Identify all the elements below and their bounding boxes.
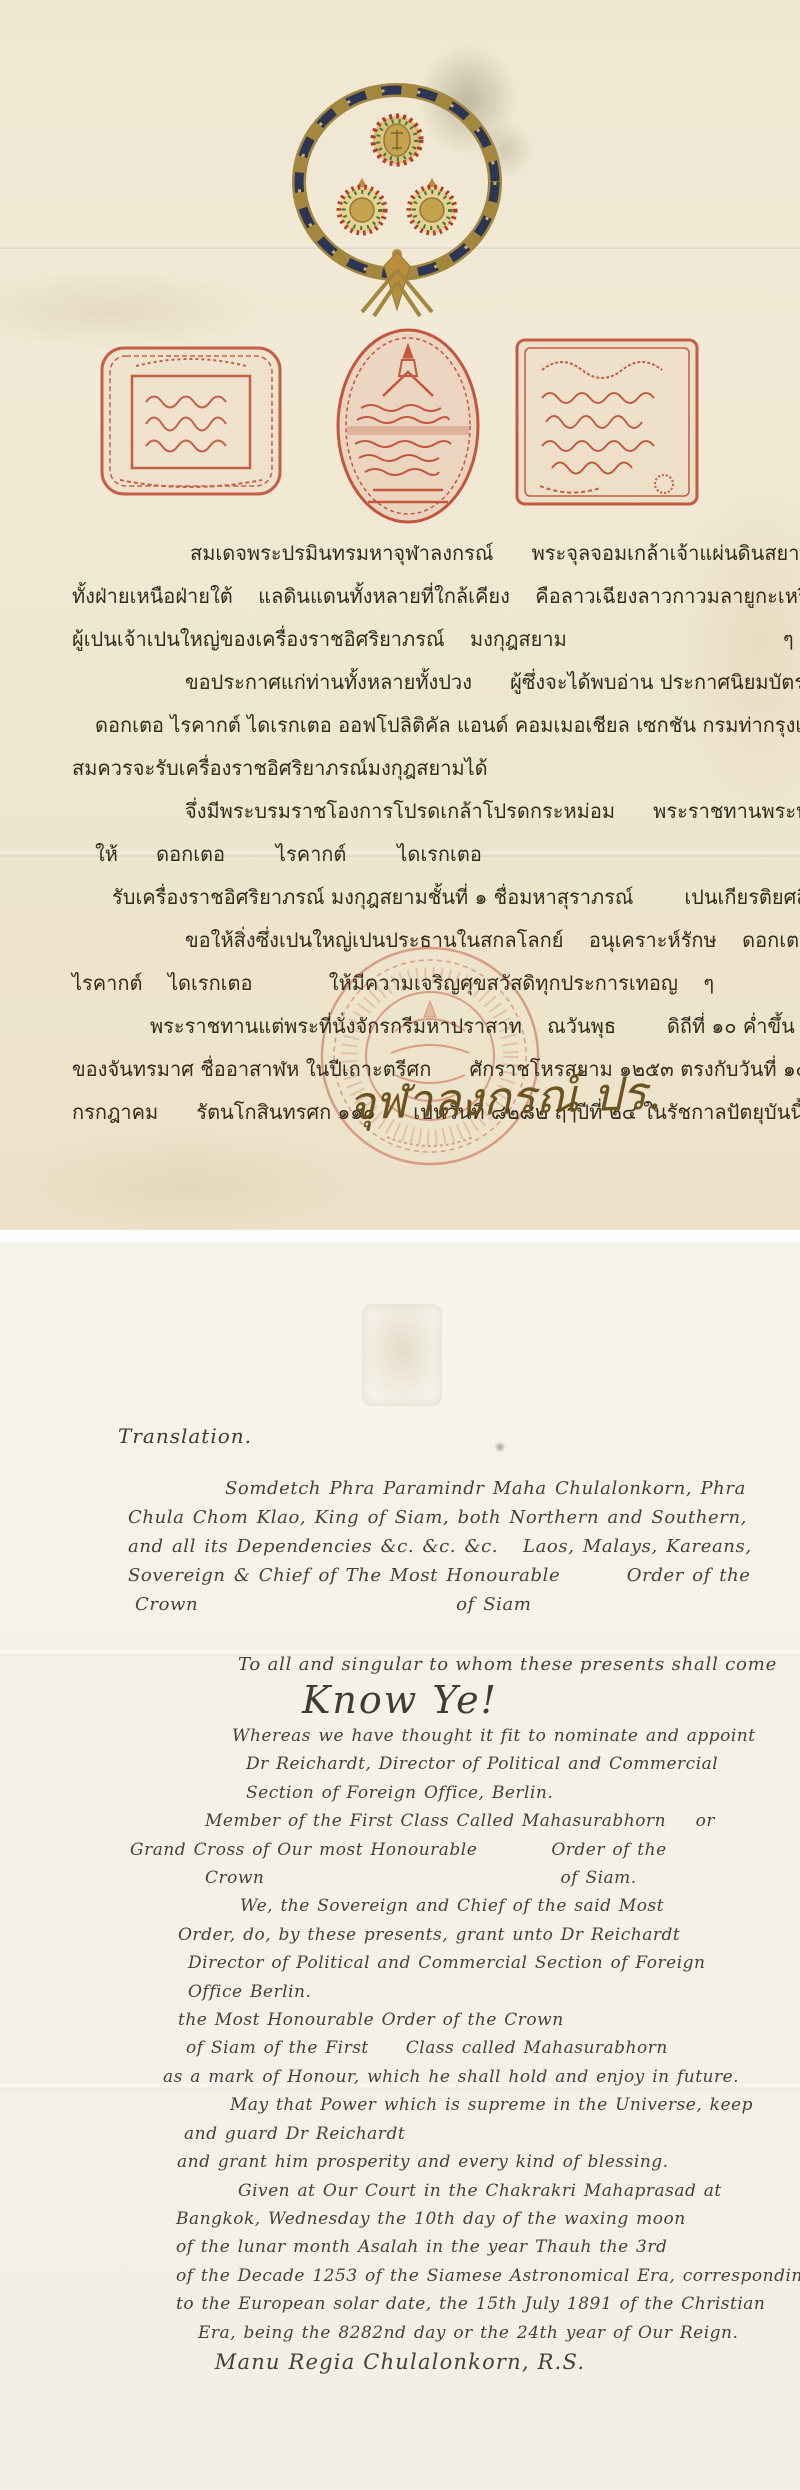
salutation-line: To all and singular to whom these presen…: [0, 1654, 800, 1675]
red-stamp-seal-center: [333, 326, 483, 528]
translation-line: We, the Sovereign and Chief of the said …: [240, 1892, 800, 1920]
translation-line: to the European solar date, the 15th Jul…: [176, 2290, 800, 2318]
thai-line: สมควรจะรับเครื่องราชอิศริยาภรณ์มงกุฎสยาม…: [72, 747, 800, 790]
embossed-seal: [362, 1304, 442, 1406]
translation-line: Chula Chom Klao, King of Siam, both Nort…: [128, 1503, 800, 1532]
translation-line: Grand Cross of Our most Honourable Order…: [130, 1836, 800, 1864]
translation-line: of the Decade 1253 of the Siamese Astron…: [176, 2262, 800, 2290]
translation-label: Translation.: [118, 1424, 252, 1448]
page-divider: [0, 1230, 800, 1242]
translation-line: as a mark of Honour, which he shall hold…: [163, 2063, 800, 2091]
translation-line: Era, being the 8282nd day or the 24th ye…: [198, 2319, 800, 2347]
translation-body: Whereas we have thought it fit to nomina…: [0, 1722, 800, 2347]
translation-line: of Siam of the First Class called Mahasu…: [186, 2034, 800, 2062]
translation-line: Bangkok, Wednesday the 10th day of the w…: [176, 2205, 800, 2233]
translation-line: Sovereign & Chief of The Most Honourable…: [128, 1561, 800, 1590]
translation-line: May that Power which is supreme in the U…: [230, 2091, 800, 2119]
translation-line: To all and singular to whom these presen…: [238, 1654, 800, 1675]
thai-diploma-page: สมเดจพระปรมินทรมหาจุฬาลงกรณ์ พระจุลจอมเก…: [0, 0, 800, 1230]
translation-line: Office Berlin.: [188, 1978, 800, 2006]
know-ye-heading: Know Ye!: [90, 1678, 710, 1722]
thai-line: พระราชทานแต่พระที่นั่งจักรกรีมหาปราสาท ณ…: [150, 1005, 800, 1048]
manu-regia-signature: Manu Regia Chulalonkorn, R.S.: [0, 2350, 800, 2374]
translation-line: and all its Dependencies &c. &c. &c. Lao…: [128, 1532, 800, 1561]
thai-line: ดอกเตอ ไรคากต์ ไดเรกเตอ ออฟโปลิติคัล แอน…: [95, 704, 800, 747]
translation-line: Crown of Siam: [135, 1590, 800, 1619]
translation-line: Dr Reichardt, Director of Political and …: [246, 1750, 800, 1778]
translation-line: Somdetch Phra Paramindr Maha Chulalonkor…: [225, 1474, 800, 1503]
thai-line: ขอประกาศแก่ท่านทั้งหลายทั้งปวง ผู้ซึ่งจะ…: [185, 661, 800, 704]
thai-line: ไรคากต์ ไดเรกเตอ ให้มีความเจริญศุขสวัสดิ…: [72, 962, 800, 1005]
red-stamp-seal-left: [96, 340, 286, 502]
translation-line: Order, do, by these presents, grant unto…: [178, 1921, 800, 1949]
royal-chain-emblem-icon: [288, 82, 506, 317]
thai-line: ทั้งฝ่ายเหนือฝ่ายใต้ แลดินแดนทั้งหลายที่…: [72, 575, 800, 618]
translation-line: Director of Political and Commercial Sec…: [188, 1949, 800, 1977]
translation-line: of the lunar month Asalah in the year Th…: [176, 2233, 800, 2261]
thai-line: ให้ ดอกเตอ ไรคากต์ ไดเรกเตอ: [95, 833, 800, 876]
translation-line: Crown of Siam.: [205, 1864, 800, 1892]
translation-line: and grant him prosperity and every kind …: [177, 2148, 800, 2176]
king-signature: จุฬาลงกรณ์ ปร.: [347, 1057, 663, 1141]
royal-title-block: Somdetch Phra Paramindr Maha Chulalonkor…: [0, 1474, 800, 1619]
translation-line: and guard Dr Reichardt: [184, 2120, 800, 2148]
translation-line: Given at Our Court in the Chakrakri Maha…: [238, 2177, 800, 2205]
thai-line: สมเดจพระปรมินทรมหาจุฬาลงกรณ์ พระจุลจอมเก…: [190, 532, 800, 575]
translation-line: Whereas we have thought it fit to nomina…: [232, 1722, 800, 1750]
thai-line: ผู้เปนเจ้าเปนใหญ่ของเครื่องราชอิศริยาภรณ…: [72, 618, 800, 661]
translation-line: the Most Honourable Order of the Crown: [178, 2006, 800, 2034]
translation-line: Section of Foreign Office, Berlin.: [246, 1779, 800, 1807]
english-translation-page: Translation. Somdetch Phra Paramindr Mah…: [0, 1242, 800, 2490]
thai-line: รับเครื่องราชอิศริยาภรณ์ มงกุฎสยามชั้นที…: [112, 876, 800, 919]
thai-line: จึ่งมีพระบรมราชโองการโปรดเกล้าโปรดกระหม่…: [185, 790, 800, 833]
translation-line: Member of the First Class Called Mahasur…: [205, 1807, 800, 1835]
thai-decree-text: สมเดจพระปรมินทรมหาจุฬาลงกรณ์ พระจุลจอมเก…: [0, 532, 800, 1134]
red-stamp-seal-right: [512, 334, 702, 512]
thai-line: ขอให้สิ่งซึ่งเปนใหญ่เปนประธานในสกลโลกย์ …: [185, 919, 800, 962]
